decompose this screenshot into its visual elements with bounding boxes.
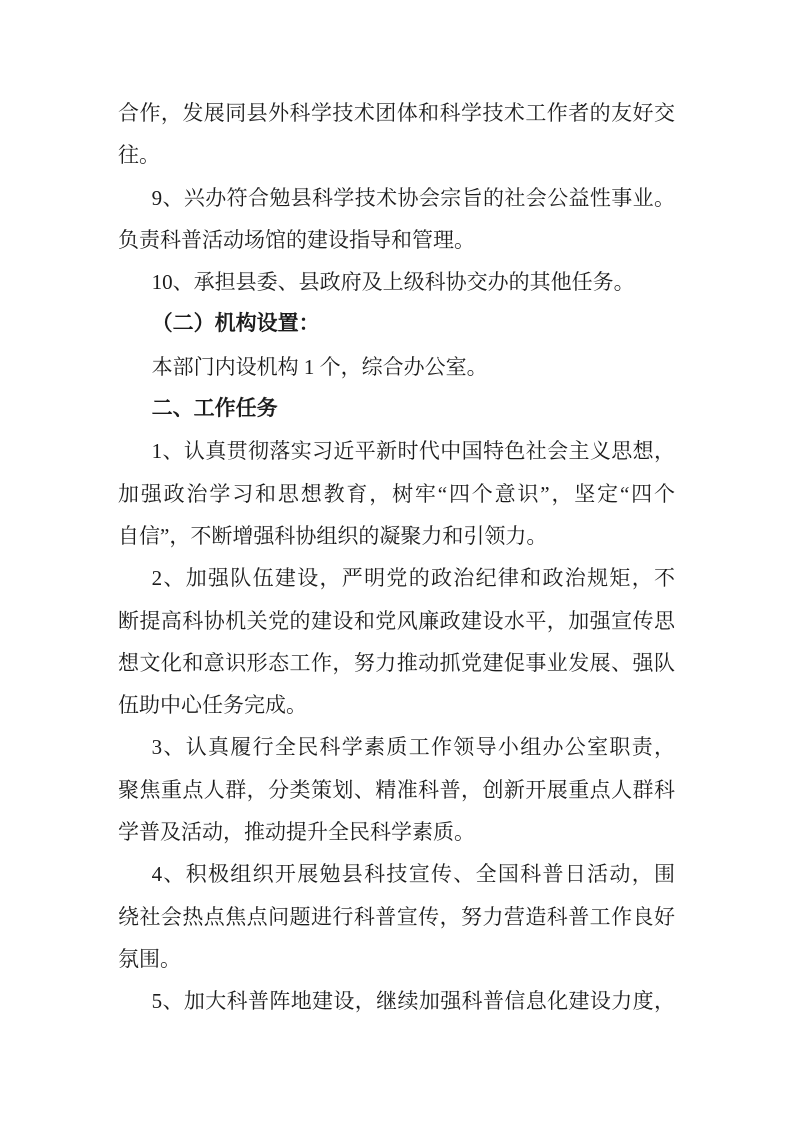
document-body: 合作，发展同县外科学技术团体和科学技术工作者的友好交往。9、兴办符合勉县科学技术… (118, 92, 675, 1023)
section-heading: （二）机构设置： (118, 303, 675, 345)
text-line: 1、认真贯彻落实习近平新时代中国特色社会主义思想， (118, 430, 675, 472)
text-line: 断提高科协机关党的建设和党风廉政建设水平，加强宣传思 (118, 600, 675, 642)
text-line: 负责科普活动场馆的建设指导和管理。 (118, 219, 675, 261)
text-line: 本部门内设机构 1 个，综合办公室。 (118, 346, 675, 388)
text-line: 聚焦重点人群，分类策划、精准科普，创新开展重点人群科 (118, 769, 675, 811)
text-line: 10、承担县委、县政府及上级科协交办的其他任务。 (118, 261, 675, 303)
document-page: 合作，发展同县外科学技术团体和科学技术工作者的友好交往。9、兴办符合勉县科学技术… (0, 0, 793, 1122)
text-line: 想文化和意识形态工作，努力推动抓党建促事业发展、强队 (118, 642, 675, 684)
text-line: 5、加大科普阵地建设，继续加强科普信息化建设力度， (118, 980, 675, 1022)
text-line: 9、兴办符合勉县科学技术协会宗旨的社会公益性事业。 (118, 177, 675, 219)
text-line: 3、认真履行全民科学素质工作领导小组办公室职责， (118, 726, 675, 768)
text-line: 合作，发展同县外科学技术团体和科学技术工作者的友好交 (118, 92, 675, 134)
text-line: 加强政治学习和思想教育，树牢“四个意识”，坚定“四个 (118, 473, 675, 515)
text-line: 4、积极组织开展勉县科技宣传、全国科普日活动，围 (118, 853, 675, 895)
text-line: 绕社会热点焦点问题进行科普宣传，努力营造科普工作良好 (118, 896, 675, 938)
section-heading: 二、工作任务 (118, 388, 675, 430)
text-line: 伍助中心任务完成。 (118, 684, 675, 726)
text-line: 自信”，不断增强科协组织的凝聚力和引领力。 (118, 515, 675, 557)
text-line: 氛围。 (118, 938, 675, 980)
text-line: 2、加强队伍建设，严明党的政治纪律和政治规矩，不 (118, 557, 675, 599)
text-line: 往。 (118, 134, 675, 176)
text-line: 学普及活动，推动提升全民科学素质。 (118, 811, 675, 853)
